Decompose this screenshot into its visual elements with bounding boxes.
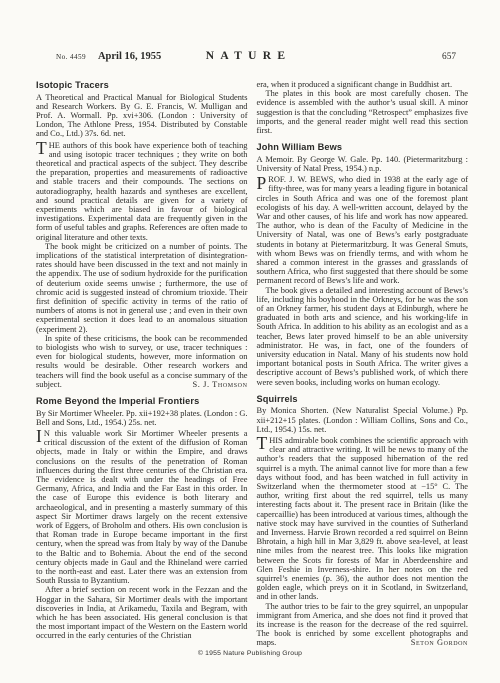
drop-cap: I [36, 429, 44, 445]
lead-caps: HE [49, 141, 60, 150]
paragraph-text: who died in 1938 at the early age of fif… [257, 175, 469, 285]
citation: By Monica Shorten. (New Naturalist Speci… [257, 406, 469, 434]
paragraph: The book might be criticized on a number… [36, 242, 248, 334]
review-title: Rome Beyond the Imperial Frontiers [36, 396, 248, 406]
paragraph: PROF. J. W. BEWS, who died in 1938 at th… [257, 175, 469, 285]
lead-caps: HIS [269, 436, 283, 445]
citation: A Theoretical and Practical Manual for B… [36, 93, 248, 139]
paragraph-text: admirable book combines the scientific a… [257, 436, 469, 601]
paragraph: The book gives a detailed and interestin… [257, 286, 469, 387]
page-header: No. 4459 April 16, 1955 NATURE 657 [36, 52, 468, 66]
drop-cap: T [36, 141, 49, 157]
review-title: Squirrels [257, 394, 469, 404]
reviewer-signature: Seton Gordon [396, 638, 468, 647]
paragraph-text: era, when it produced a significant chan… [257, 80, 453, 89]
paragraph-text: authors of this book have experience bot… [36, 141, 248, 242]
lead-caps: ROF. J. W. BEWS, [268, 175, 335, 184]
drop-cap: P [257, 175, 269, 191]
column-right: era, when it produced a significant chan… [257, 80, 469, 648]
text-columns: Isotopic TracersA Theoretical and Practi… [36, 80, 468, 648]
paragraph-text: this valuable work Sir Mortimer Wheeler … [36, 429, 248, 585]
issue-date: April 16, 1955 [98, 52, 161, 61]
paragraph: The plates in this book are most careful… [257, 89, 469, 135]
paragraph: IN this valuable work Sir Mortimer Wheel… [36, 429, 248, 585]
reviewer-signature: S. J. Thomson [177, 380, 247, 389]
column-left: Isotopic TracersA Theoretical and Practi… [36, 80, 248, 648]
paragraph-text: After a brief section on recent work in … [36, 585, 248, 640]
issue-number: No. 4459 [56, 53, 86, 62]
paragraph: era, when it produced a significant chan… [257, 80, 469, 89]
journal-page: No. 4459 April 16, 1955 NATURE 657 Isoto… [0, 0, 500, 683]
footer-credit: © 1955 Nature Publishing Group [0, 649, 500, 658]
review-title: Isotopic Tracers [36, 80, 248, 90]
paragraph: The author tries to be fair to the grey … [257, 602, 469, 648]
paragraph-text: The plates in this book are most careful… [257, 89, 469, 135]
page-number: 657 [442, 53, 456, 62]
review-title: John William Bews [257, 142, 469, 152]
citation: By Sir Mortimer Wheeler. Pp. xii+192+38 … [36, 409, 248, 427]
paragraph: In spite of these criticisms, the book c… [36, 334, 248, 389]
citation: A Memoir. By George W. Gale. Pp. 140. (P… [257, 155, 469, 173]
paragraph: THIS admirable book combines the scienti… [257, 436, 469, 602]
paragraph: After a brief section on recent work in … [36, 585, 248, 640]
paragraph-text: The book might be criticized on a number… [36, 242, 248, 334]
paragraph-text: The book gives a detailed and interestin… [257, 286, 469, 387]
paragraph: THE authors of this book have experience… [36, 141, 248, 242]
drop-cap: T [257, 436, 270, 452]
journal-name: NATURE [206, 52, 292, 61]
